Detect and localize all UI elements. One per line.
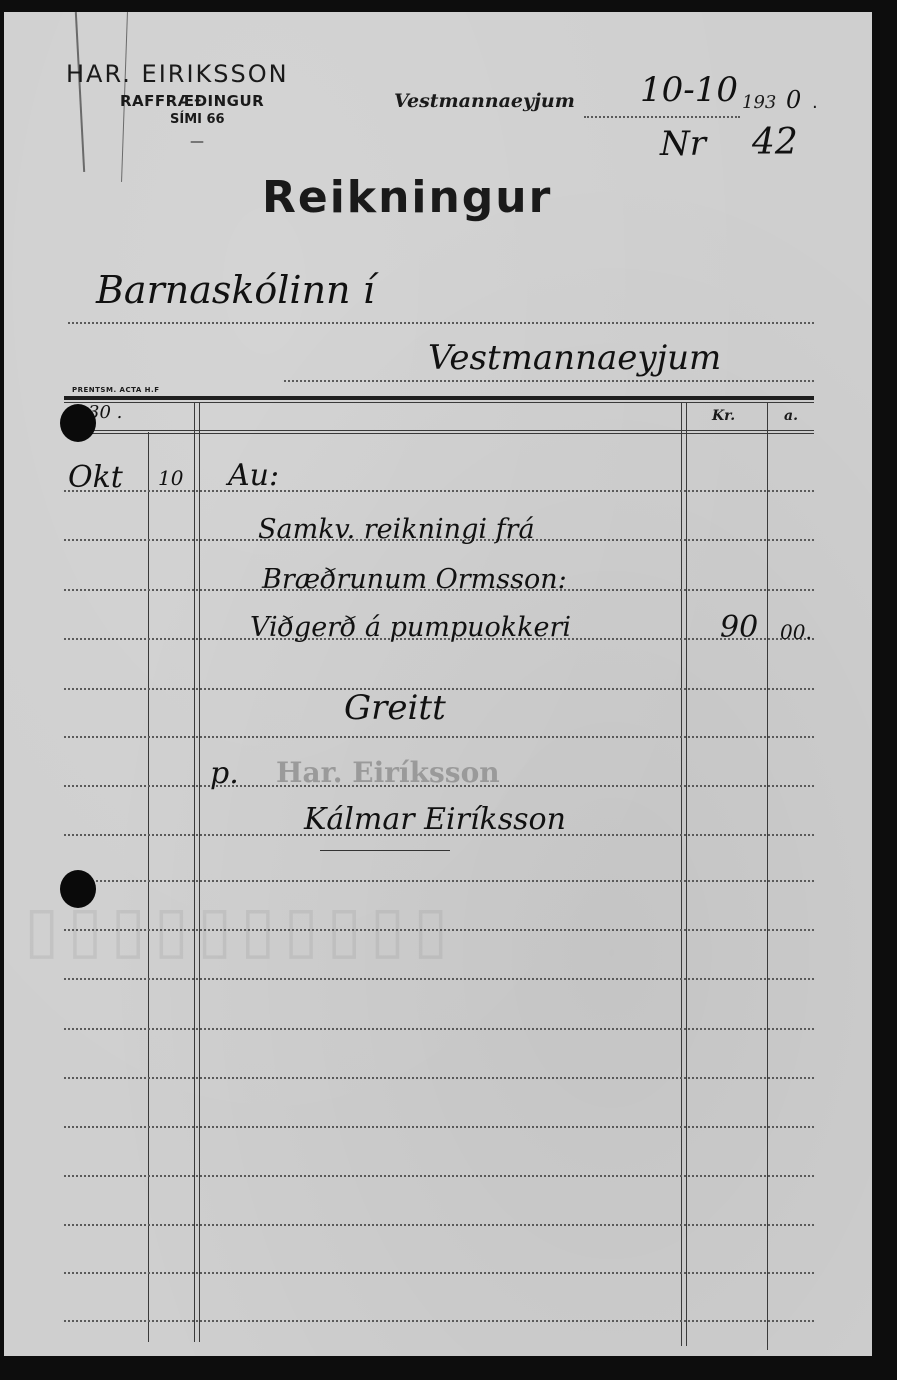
punch-hole [60, 870, 96, 908]
document-title: Reikningur [262, 172, 552, 223]
punch-hole [60, 404, 96, 442]
year-handwritten: 0 [786, 86, 801, 114]
invoice-number-label: Nr [660, 124, 706, 164]
table-header-bottom-rule-2 [64, 433, 814, 434]
recipient-dotted-line-2 [284, 380, 814, 382]
row-line [64, 736, 814, 738]
invoice-paper: HAR. EIRIKSSON RAFFRÆÐINGUR SÍMI 66 — Ve… [4, 12, 872, 1356]
letterhead-dash: — [190, 134, 204, 150]
company-profession: RAFFRÆÐINGUR [120, 92, 264, 110]
row-line [64, 1224, 814, 1226]
date-handwritten: 10-10 [640, 70, 738, 110]
recipient-line-2: Vestmannaeyjum [428, 338, 721, 378]
entry-month: Okt [68, 460, 123, 495]
company-phone: SÍMI 66 [170, 112, 225, 127]
column-header-kr: Kr. [712, 408, 735, 424]
row-line [64, 880, 814, 882]
column-divider-month-day [148, 432, 149, 1342]
entry-amount-aurar: 00. [780, 620, 812, 644]
invoice-number-value: 42 [752, 122, 798, 163]
recipient-line-1: Barnaskólinn í [96, 268, 375, 312]
row-line [64, 1126, 814, 1128]
entry-text: Viðgerð á pumpuokkeri [250, 612, 571, 643]
row-line [64, 1077, 814, 1079]
place-label: Vestmannaeyjum [394, 90, 575, 112]
row-line [64, 490, 814, 492]
entry-text: Samkv. reikningi frá [258, 514, 535, 545]
row-line [64, 1272, 814, 1274]
recipient-dotted-line-1 [68, 322, 814, 324]
row-line [64, 978, 814, 980]
per-prefix: p. [210, 756, 239, 791]
row-line [64, 1175, 814, 1177]
signature-underline [320, 850, 450, 851]
year-printed: 193 [742, 92, 776, 113]
column-divider-text-kr [681, 402, 687, 1346]
paper-crease [75, 12, 85, 172]
column-header-aurar: a. [784, 408, 798, 424]
table-top-rule [64, 396, 814, 400]
column-divider-kr-aurar [767, 402, 768, 1350]
signature: Kálmar Eiríksson [304, 802, 566, 837]
date-dotted-line [584, 116, 740, 118]
entry-day: 10 [158, 466, 183, 490]
row-line [64, 1028, 814, 1030]
entry-text: Au: [228, 458, 279, 493]
company-name: HAR. EIRIKSSON [66, 60, 289, 88]
company-stamp: Har. Eiríksson [276, 756, 500, 789]
printer-mark: PRENTSM. ACTA H.F [72, 386, 159, 394]
table-top-rule-thin [64, 402, 814, 403]
entry-amount-kr: 90 [720, 610, 758, 645]
row-line [64, 1320, 814, 1322]
entry-text: Bræðrunum Ormsson: [262, 564, 567, 595]
table-header-bottom-rule [64, 430, 814, 431]
date-trailing-dot: . [812, 92, 818, 113]
column-divider-day-text [194, 402, 200, 1342]
paid-note: Greitt [344, 688, 446, 728]
